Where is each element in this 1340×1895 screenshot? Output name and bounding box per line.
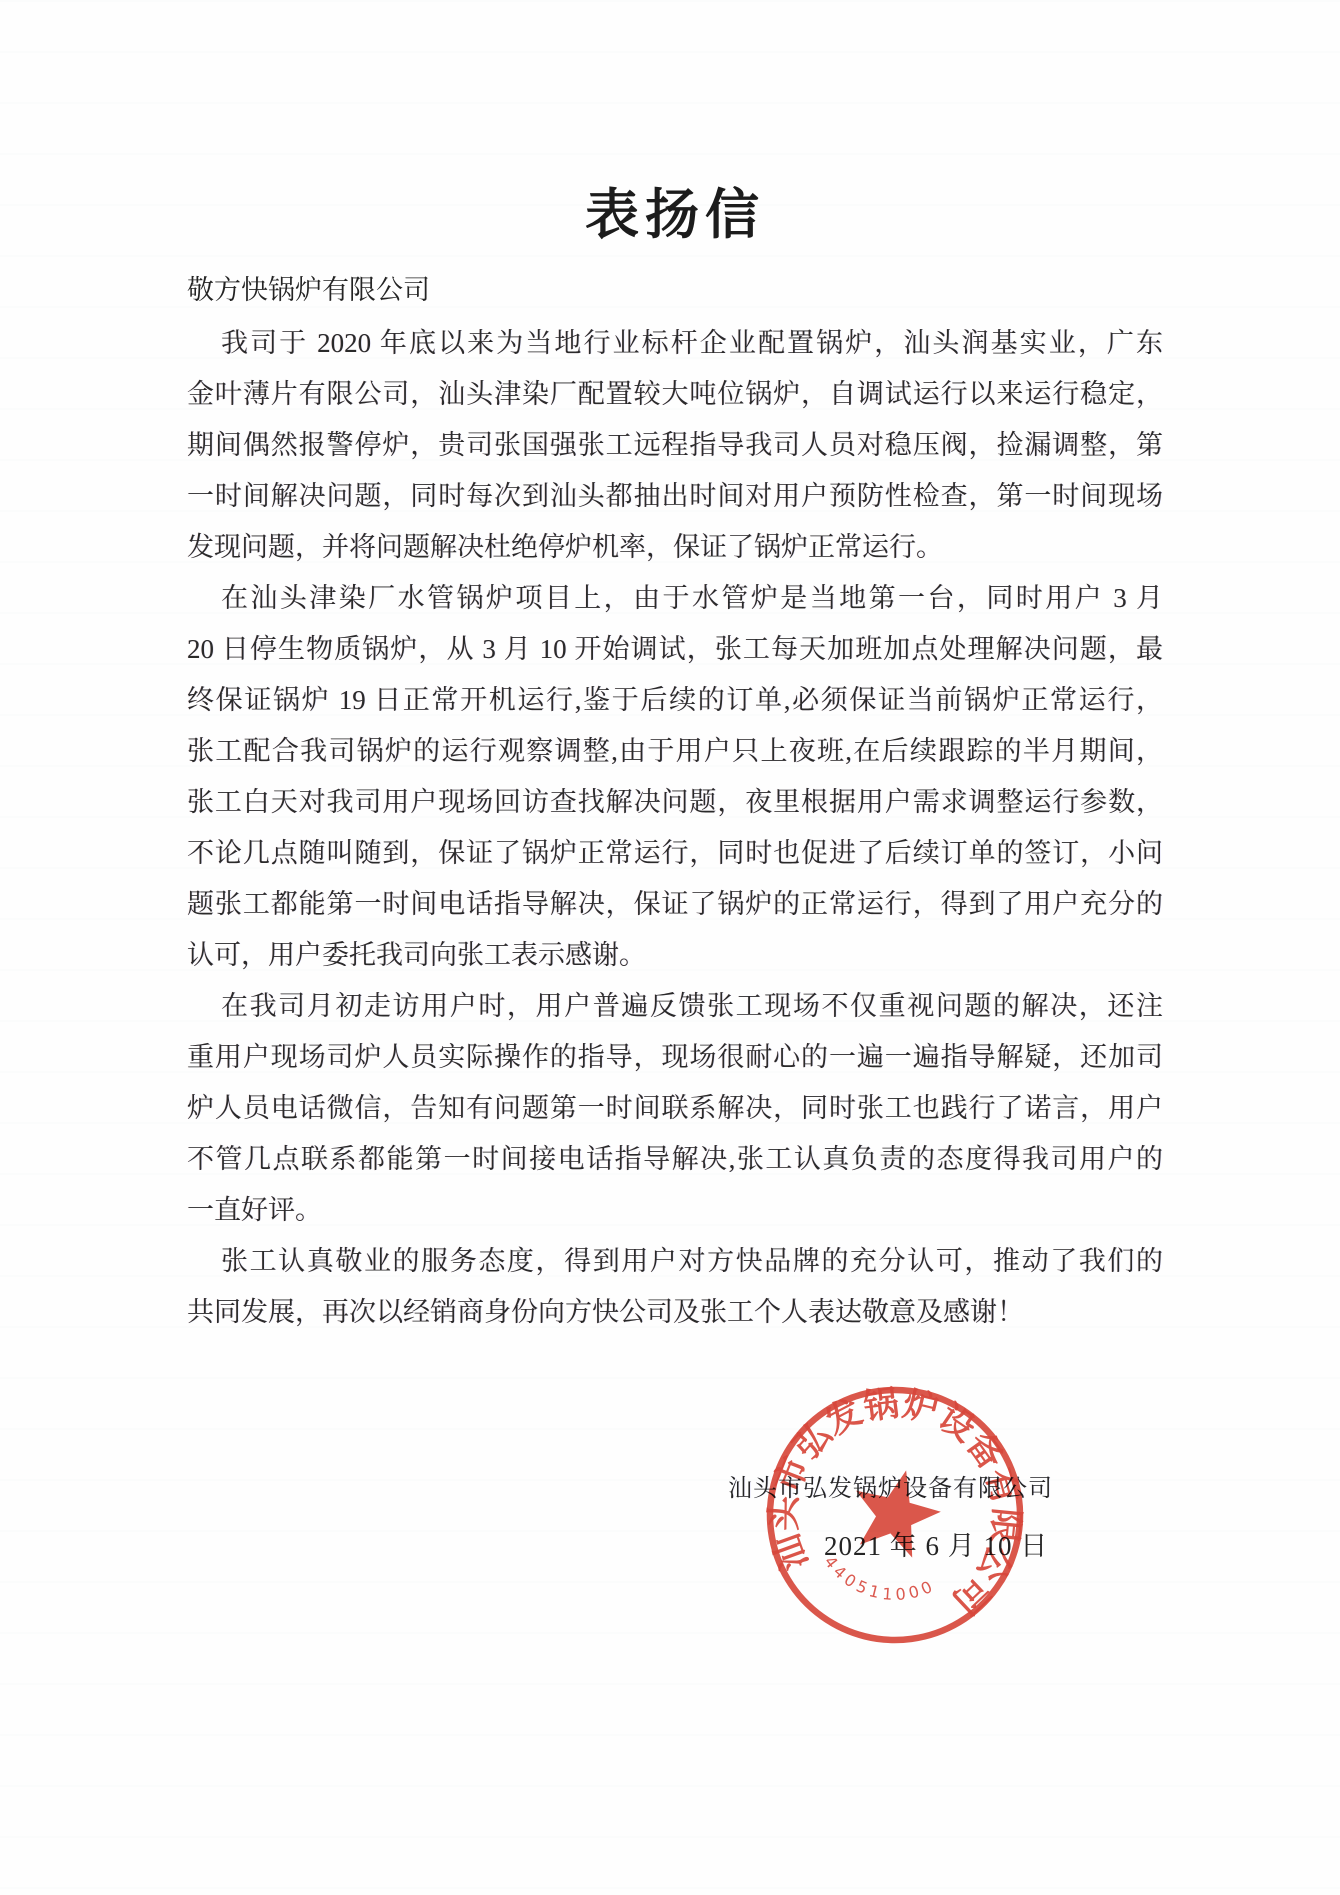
letter-body: 我司于 2020 年底以来为当地行业标杆企业配置锅炉，汕头润基实业，广东 金叶薄… <box>187 318 1163 1338</box>
star-icon <box>844 1460 949 1562</box>
body-line: 认可，用户委托我司向张工表示感谢。 <box>187 930 1163 981</box>
body-line: 不管几点联系都能第一时间接电话指导解决,张工认真负责的态度得我司用户的 <box>187 1134 1163 1185</box>
body-line: 炉人员电话微信，告知有问题第一时间联系解决，同时张工也践行了诺言，用户 <box>187 1083 1163 1134</box>
body-line: 发现问题，并将问题解决杜绝停炉机率，保证了锅炉正常运行。 <box>187 522 1163 573</box>
body-line: 20 日停生物质锅炉，从 3 月 10 开始调试，张工每天加班加点处理解决问题，… <box>187 624 1163 675</box>
body-line: 在汕头津染厂水管锅炉项目上，由于水管炉是当地第一台，同时用户 3 月 <box>187 573 1163 624</box>
body-line: 一时间解决问题，同时每次到汕头都抽出时间对用户预防性检查，第一时间现场 <box>187 471 1163 522</box>
salutation: 敬方快锅炉有限公司 <box>187 268 1163 307</box>
body-line: 张工认真敬业的服务态度，得到用户对方快品牌的充分认可，推动了我们的 <box>187 1236 1163 1287</box>
body-line: 题张工都能第一时间电话指导解决，保证了锅炉的正常运行，得到了用户充分的 <box>187 879 1163 930</box>
body-line: 共同发展，再次以经销商身份向方快公司及张工个人表达敬意及感谢！ <box>187 1287 1163 1338</box>
body-line: 一直好评。 <box>187 1185 1163 1236</box>
body-line: 在我司月初走访用户时，用户普遍反馈张工现场不仅重视问题的解决，还注 <box>187 981 1163 1032</box>
body-line: 不论几点随叫随到，保证了锅炉正常运行，同时也促进了后续订单的签订，小问 <box>187 828 1163 879</box>
body-line: 张工配合我司锅炉的运行观察调整,由于用户只上夜班,在后续跟踪的半月期间， <box>187 726 1163 777</box>
seal-graphic: 汕头市弘发锅炉设备有限公司 4405110004156 <box>725 1345 1064 1684</box>
company-seal-stamp: 汕头市弘发锅炉设备有限公司 4405110004156 <box>725 1345 1064 1684</box>
body-line: 期间偶然报警停炉，贵司张国强张工远程指导我司人员对稳压阀，捡漏调整，第 <box>187 420 1163 471</box>
body-line: 张工白天对我司用户现场回访查找解决问题，夜里根据用户需求调整运行参数， <box>187 777 1163 828</box>
body-line: 我司于 2020 年底以来为当地行业标杆企业配置锅炉，汕头润基实业，广东 <box>187 318 1163 369</box>
body-line: 终保证锅炉 19 日正常开机运行,鉴于后续的订单,必须保证当前锅炉正常运行， <box>187 675 1163 726</box>
body-line: 重用户现场司炉人员实际操作的指导，现场很耐心的一遍一遍指导解疑，还加司 <box>187 1032 1163 1083</box>
body-line: 金叶薄片有限公司，汕头津染厂配置较大吨位锅炉，自调试运行以来运行稳定， <box>187 369 1163 420</box>
page-title: 表扬信 <box>187 172 1163 249</box>
commendation-letter-page: 表扬信 敬方快锅炉有限公司 我司于 2020 年底以来为当地行业标杆企业配置锅炉… <box>0 0 1340 1895</box>
